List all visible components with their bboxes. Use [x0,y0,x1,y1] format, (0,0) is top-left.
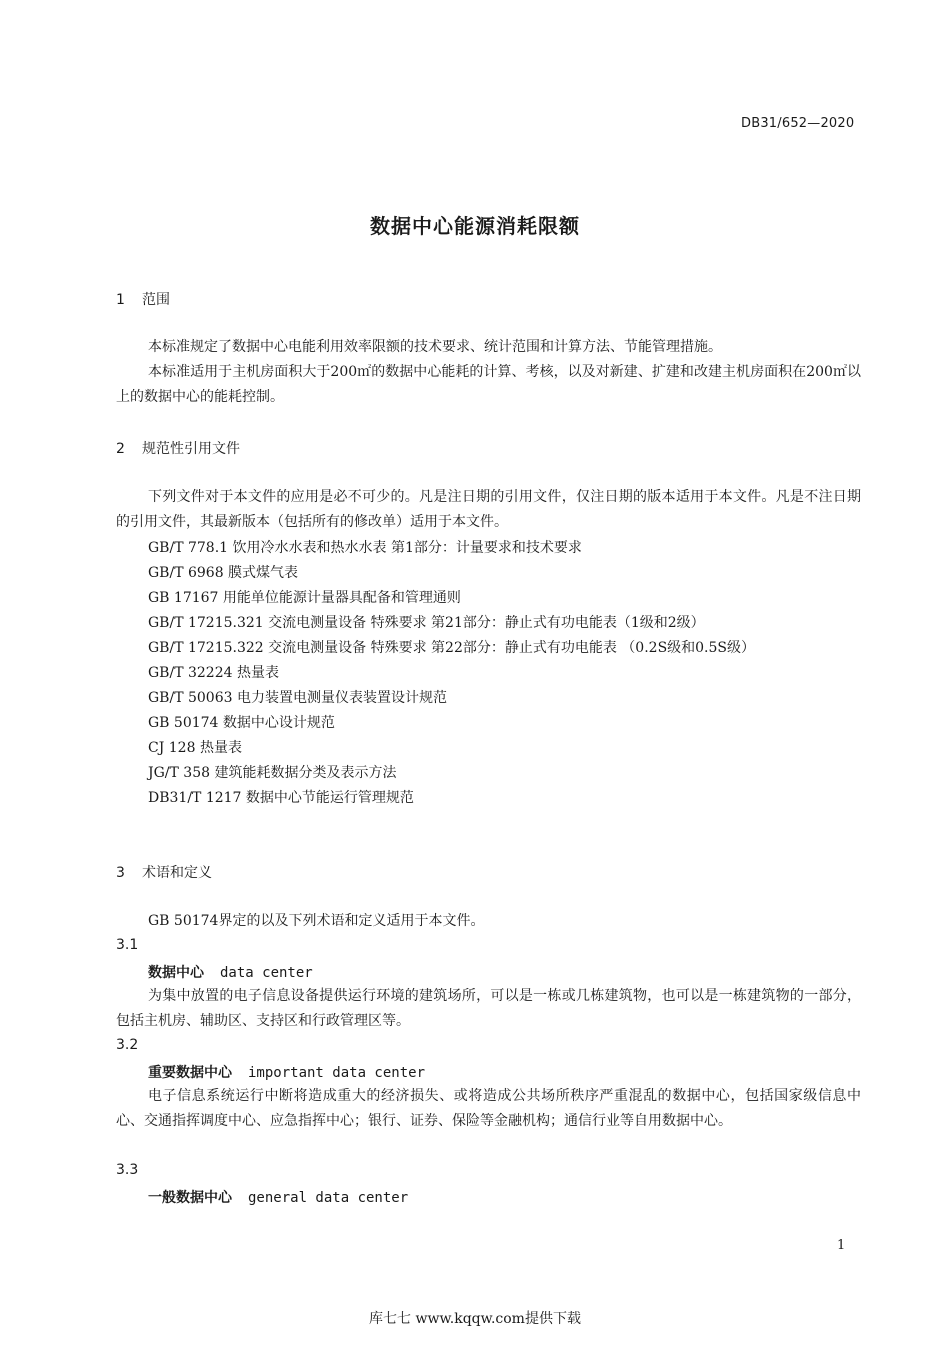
term-number: 3.3 [116,1162,138,1178]
section-number: 2 [116,441,142,457]
term-definition: 电子信息系统运行中断将造成重大的经济损失、或将造成公共场所秩序严重混乱的数据中心… [116,1084,861,1134]
term-zh: 一般数据中心 [148,1190,232,1206]
section-heading-2: 2规范性引用文件 [116,438,240,458]
term-number: 3.2 [116,1037,138,1053]
section-heading-1: 1范围 [116,289,170,309]
reference-item: GB/T 32224 热量表 [148,662,279,682]
term-zh: 重要数据中心 [148,1065,232,1081]
section-title: 规范性引用文件 [142,441,240,457]
term-en: general data center [248,1190,408,1206]
reference-item: GB/T 778.1 饮用冷水水表和热水水表 第1部分：计量要求和技术要求 [148,537,582,557]
reference-item: GB/T 50063 电力装置电测量仪表装置设计规范 [148,687,447,707]
reference-item: GB/T 6968 膜式煤气表 [148,562,298,582]
paragraph: 下列文件对于本文件的应用是必不可少的。凡是注日期的引用文件，仅注日期的版本适用于… [116,485,861,535]
section-number: 3 [116,865,142,881]
term-en: important data center [248,1065,425,1081]
reference-item: GB 17167 用能单位能源计量器具配备和管理通则 [148,587,461,607]
term-number: 3.1 [116,937,138,953]
paragraph: GB 50174界定的以及下列术语和定义适用于本文件。 [116,909,861,934]
reference-item: CJ 128 热量表 [148,737,242,757]
reference-item: GB/T 17215.322 交流电测量设备 特殊要求 第22部分：静止式有功电… [148,637,755,657]
section-number: 1 [116,292,142,308]
page-number: 1 [837,1238,845,1253]
section-heading-3: 3术语和定义 [116,862,212,882]
document-title: 数据中心能源消耗限额 [0,210,950,239]
paragraph: 本标准规定了数据中心电能利用效率限额的技术要求、统计范围和计算方法、节能管理措施… [116,335,861,360]
term-heading: 重要数据中心important data center [148,1062,425,1082]
paragraph: 本标准适用于主机房面积大于200㎡的数据中心能耗的计算、考核，以及对新建、扩建和… [116,360,861,410]
reference-item: DB31/T 1217 数据中心节能运行管理规范 [148,787,414,807]
document-number: DB31/652—2020 [741,116,854,131]
reference-item: JG/T 358 建筑能耗数据分类及表示方法 [148,762,396,782]
reference-item: GB/T 17215.321 交流电测量设备 特殊要求 第21部分：静止式有功电… [148,612,705,632]
term-heading: 一般数据中心general data center [148,1187,408,1207]
reference-item: GB 50174 数据中心设计规范 [148,712,335,732]
section-title: 范围 [142,292,170,308]
section-title: 术语和定义 [142,865,212,881]
term-heading: 数据中心data center [148,962,313,982]
download-footer: 库七七 www.kqqw.com提供下载 [0,1308,950,1328]
term-en: data center [220,965,313,981]
term-definition: 为集中放置的电子信息设备提供运行环境的建筑场所，可以是一栋或几栋建筑物，也可以是… [116,984,861,1034]
term-zh: 数据中心 [148,965,204,981]
